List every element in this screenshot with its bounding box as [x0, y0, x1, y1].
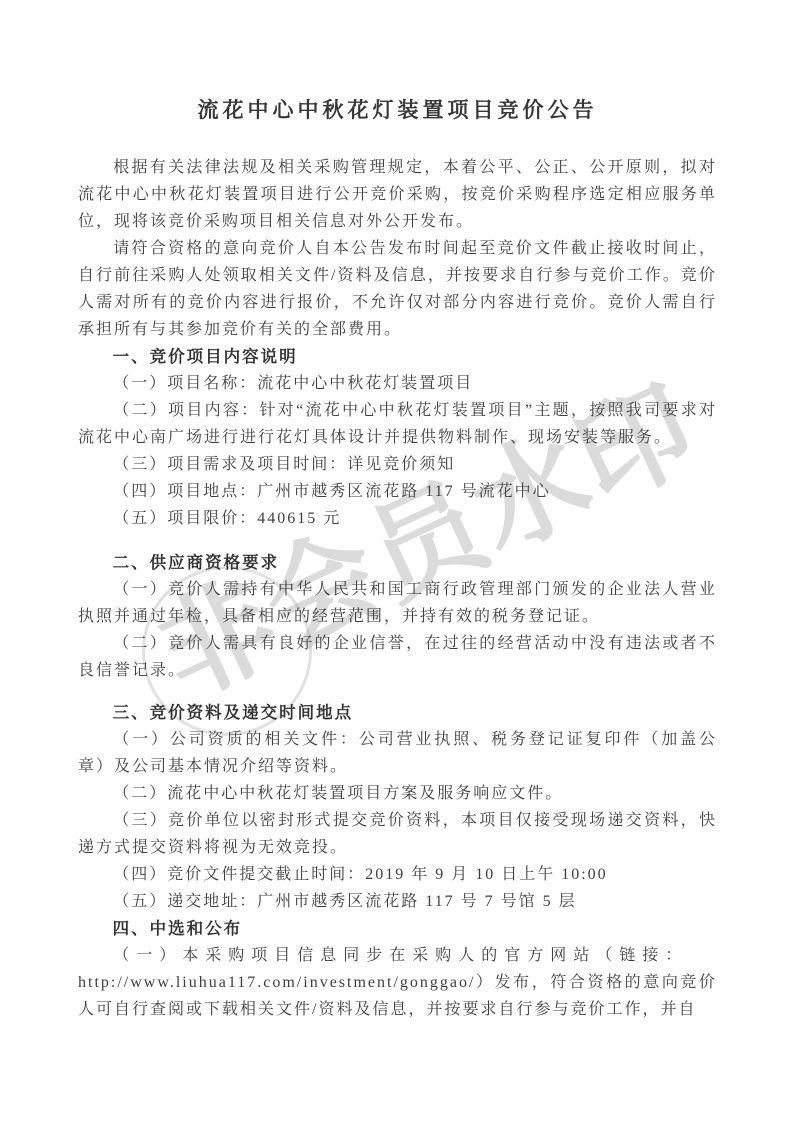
section-3-heading: 三、竞价资料及递交时间地点	[78, 699, 717, 726]
intro-paragraph-1: 根据有关法律法规及相关采购管理规定，本着公平、公正、公开原则，拟对流花中心中秋花…	[78, 154, 717, 235]
section-3-item-1: （一）公司资质的相关文件：公司营业执照、税务登记证复印件（加盖公章）及公司基本情…	[78, 726, 717, 780]
document-content: 流花中心中秋花灯装置项目竞价公告 根据有关法律法规及相关采购管理规定，本着公平、…	[0, 0, 793, 1023]
section-2-item-1: （一）竞价人需持有中华人民共和国工商行政管理部门颁发的企业法人营业执照并通过年检…	[78, 576, 717, 630]
section-3-item-3: （三）竞价单位以密封形式提交竞价资料，本项目仅接受现场递交资料，快递方式提交资料…	[78, 807, 717, 861]
section-1-heading: 一、竞价项目内容说明	[78, 343, 717, 370]
section-3-item-5: （五）递交地址：广州市越秀区流花路 117 号 7 号馆 5 层	[78, 888, 717, 915]
intro-paragraph-2: 请符合资格的意向竞价人自本公告发布时间起至竞价文件截止接收时间止，自行前往采购人…	[78, 235, 717, 343]
section-4-item-1-lead: （一）本采购项目信息同步在采购人的官方网站（链接：	[78, 942, 717, 969]
document-title: 流花中心中秋花灯装置项目竞价公告	[78, 96, 717, 124]
section-1-item-3: （三）项目需求及项目时间：详见竞价须知	[78, 451, 717, 478]
section-2-heading: 二、供应商资格要求	[78, 549, 717, 576]
section-1-item-1: （一）项目名称：流花中心中秋花灯装置项目	[78, 370, 717, 397]
section-3-item-2: （二）流花中心中秋花灯装置项目方案及服务响应文件。	[78, 780, 717, 807]
section-4-item-1: （一）本采购项目信息同步在采购人的官方网站（链接： http://www.liu…	[78, 942, 717, 1023]
section-1-item-4: （四）项目地点：广州市越秀区流花路 117 号流花中心	[78, 478, 717, 505]
scanned-document-page: 非会员水印 流花中心中秋花灯装置项目竞价公告 根据有关法律法规及相关采购管理规定…	[0, 0, 793, 1121]
section-4-heading: 四、中选和公布	[78, 915, 717, 942]
section-2-item-2: （二）竞价人需具有良好的企业信誉，在过往的经营活动中没有违法或者不良信誉记录。	[78, 630, 717, 684]
section-1-item-2: （二）项目内容：针对“流花中心中秋花灯装置项目”主题，按照我司要求对流花中心南广…	[78, 397, 717, 451]
section-3-item-4: （四）竞价文件提交截止时间：2019 年 9 月 10 日上午 10:00	[78, 861, 717, 888]
section-1-item-5: （五）项目限价：440615 元	[78, 505, 717, 532]
section-4-item-1-rest: http://www.liuhua117.com/investment/gong…	[78, 969, 717, 1023]
